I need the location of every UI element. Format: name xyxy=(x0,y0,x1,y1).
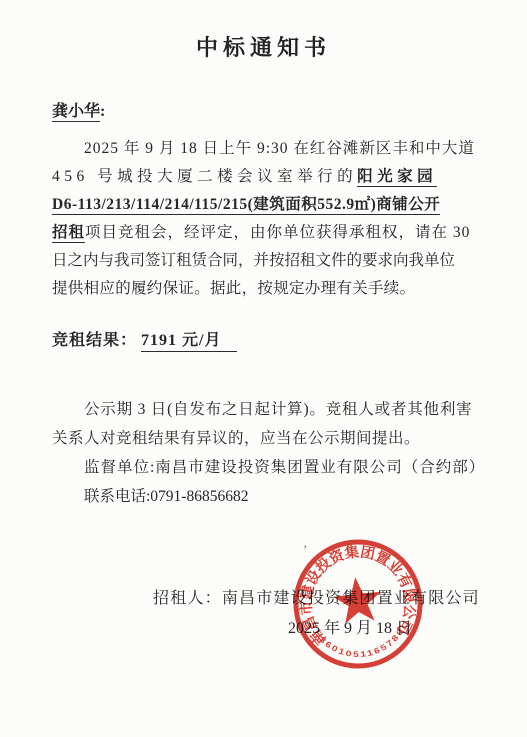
company-seal-stamp: 南昌市建设投资集团置业有限公司 3601051165780 xyxy=(285,531,430,676)
body-text: 提供相应的履约保证。据此，按规定办理有关手续。 xyxy=(52,280,415,297)
bid-result-value: 7191 元/月 xyxy=(141,332,237,352)
body-line: 456 号城投大厦二楼会议室举行的阳光家园 xyxy=(52,163,475,191)
publicity-line: 关系人对竞租结果有异议的，应当在公示期间提出。 xyxy=(52,424,475,453)
publicity-line: 公示期 3 日(自发布之日起计算)。竞租人或者其他利害 xyxy=(52,395,475,424)
publicity-text: 公示期 3 日(自发布之日起计算)。竞租人或者其他利害 xyxy=(84,401,472,418)
body-line: 2025 年 9 月 18 日上午 9:30 在红谷滩新区丰和中大道 xyxy=(52,135,475,163)
body-line: D6-113/213/114/214/115/215(建筑面积552.9㎡)商铺… xyxy=(52,191,475,219)
publicity-paragraph: 公示期 3 日(自发布之日起计算)。竞租人或者其他利害 关系人对竞租结果有异议的… xyxy=(52,395,475,511)
body-text: 日之内与我司签订租赁合同，并按招租文件的要求向我单位 xyxy=(52,252,455,269)
page-title: 中标通知书 xyxy=(52,0,475,62)
body-paragraph: 2025 年 9 月 18 日上午 9:30 在红谷滩新区丰和中大道 456 号… xyxy=(52,135,475,303)
body-text: 456 号城投大厦二楼会议室举行的 xyxy=(52,168,357,185)
recipient-name: 龚小华 xyxy=(52,103,100,122)
contact-phone-text: 联系电话:0791-86856682 xyxy=(84,488,248,505)
recipient-line: 龚小华: xyxy=(52,102,475,122)
body-line: 提供相应的履约保证。据此，按规定办理有关手续。 xyxy=(52,275,475,303)
body-text: 项目竞租会，经评定，由你单位获得承租权，请在 30 xyxy=(85,224,470,241)
star-icon xyxy=(332,575,384,625)
body-line: 招租项目竞租会，经评定，由你单位获得承租权，请在 30 xyxy=(52,219,475,247)
award-notice-document: 中标通知书 龚小华: 2025 年 9 月 18 日上午 9:30 在红谷滩新区… xyxy=(0,0,527,737)
supervisor-text: 监督单位:南昌市建设投资集团置业有限公司（合约部） xyxy=(84,459,485,476)
lessor-label: 招租人： xyxy=(153,590,222,607)
bid-result-label: 竞租结果： xyxy=(52,332,137,349)
recipient-colon: : xyxy=(100,103,105,120)
body-line: 日之内与我司签订租赁合同，并按招租文件的要求向我单位 xyxy=(52,247,475,275)
project-name-emphasis: D6-113/213/114/214/115/215(建筑面积552.9㎡)商铺… xyxy=(52,196,440,215)
project-name-emphasis: 阳光家园 xyxy=(357,168,437,187)
supervisor-line: 监督单位:南昌市建设投资集团置业有限公司（合约部） xyxy=(52,453,475,482)
body-text: 2025 年 9 月 18 日上午 9:30 在红谷滩新区丰和中大道 xyxy=(84,140,475,157)
project-name-emphasis: 招租 xyxy=(52,224,85,243)
contact-phone-line: 联系电话:0791-86856682 xyxy=(52,482,475,511)
publicity-text: 关系人对竞租结果有异议的，应当在公示期间提出。 xyxy=(52,430,420,447)
bid-result-line: 竞租结果：7191 元/月 xyxy=(52,330,475,352)
